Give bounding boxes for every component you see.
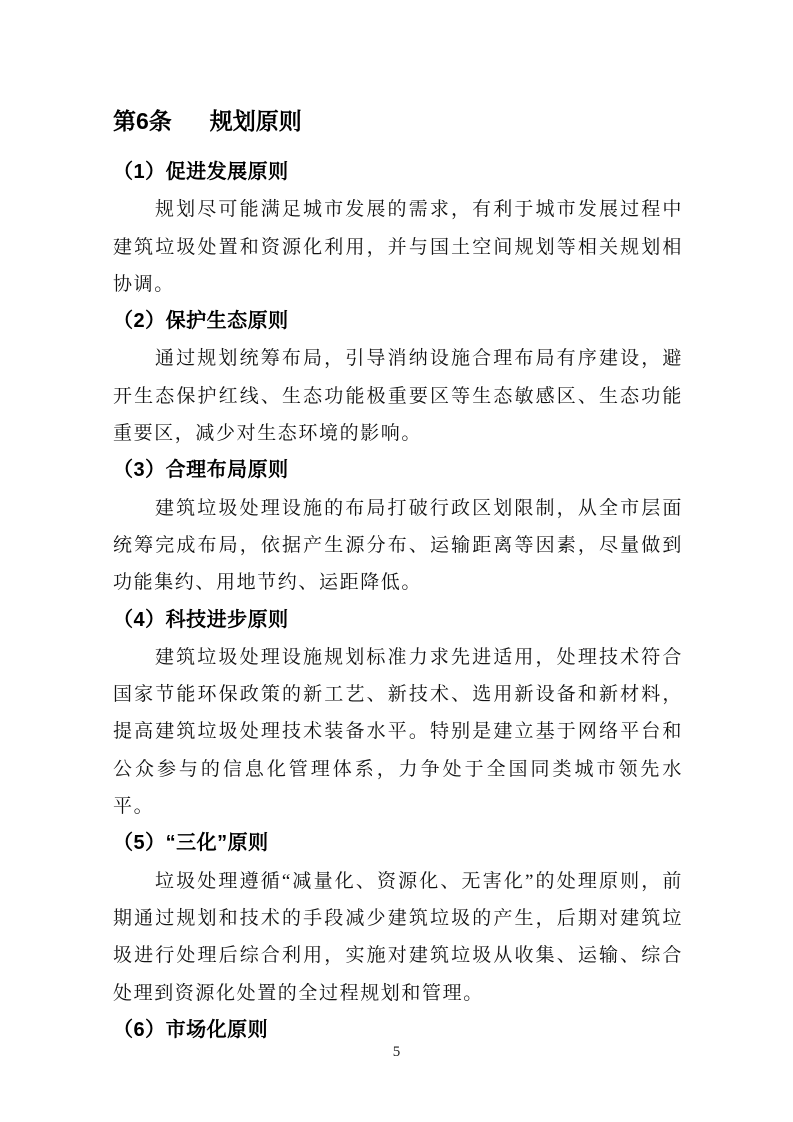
section-5: （5）“三化”原则 垃圾处理遵循“减量化、资源化、无害化”的处理原则，前期通过规…: [113, 825, 683, 1011]
article-number: 第6条: [113, 108, 172, 134]
section-3-heading: （3）合理布局原则: [113, 452, 683, 489]
section-4: （4）科技进步原则 建筑垃圾处理设施规划标准力求先进适用，处理技术符合国家节能环…: [113, 602, 683, 826]
section-2: （2）保护生态原则 通过规划统筹布局，引导消纳设施合理布局有序建设，避开生态保护…: [113, 303, 683, 452]
section-4-heading: （4）科技进步原则: [113, 602, 683, 639]
article-title: 第6条规划原则: [113, 104, 683, 138]
section-3-body: 建筑垃圾处理设施的布局打破行政区划限制，从全市层面统筹完成布局，依据产生源分布、…: [113, 490, 683, 602]
section-2-heading: （2）保护生态原则: [113, 303, 683, 340]
section-1-heading: （1）促进发展原则: [113, 154, 683, 191]
article-title-text: 规划原则: [210, 108, 302, 134]
section-3: （3）合理布局原则 建筑垃圾处理设施的布局打破行政区划限制，从全市层面统筹完成布…: [113, 452, 683, 601]
section-1-body: 规划尽可能满足城市发展的需求，有利于城市发展过程中建筑垃圾处置和资源化利用，并与…: [113, 191, 683, 303]
section-5-body: 垃圾处理遵循“减量化、资源化、无害化”的处理原则，前期通过规划和技术的手段减少建…: [113, 863, 683, 1012]
section-4-body: 建筑垃圾处理设施规划标准力求先进适用，处理技术符合国家节能环保政策的新工艺、新技…: [113, 639, 683, 825]
document-page: 第6条规划原则 （1）促进发展原则 规划尽可能满足城市发展的需求，有利于城市发展…: [0, 0, 793, 1122]
page-number: 5: [0, 1044, 793, 1061]
document-content: 第6条规划原则 （1）促进发展原则 规划尽可能满足城市发展的需求，有利于城市发展…: [113, 0, 683, 1049]
section-1: （1）促进发展原则 规划尽可能满足城市发展的需求，有利于城市发展过程中建筑垃圾处…: [113, 154, 683, 303]
section-5-heading: （5）“三化”原则: [113, 825, 683, 862]
section-2-body: 通过规划统筹布局，引导消纳设施合理布局有序建设，避开生态保护红线、生态功能极重要…: [113, 340, 683, 452]
